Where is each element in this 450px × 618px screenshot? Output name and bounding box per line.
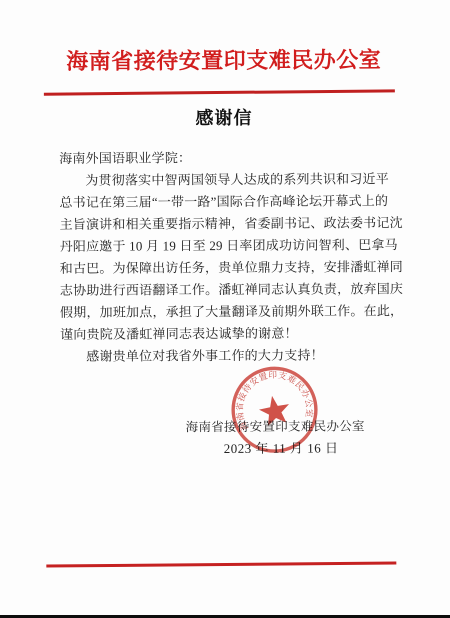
letterhead-org-name: 海南省接待安置印支难民办公室: [0, 43, 449, 76]
body-line-5: 和古巴。为保障出访任务，贵单位鼎力支持，安排潘虹禅同: [60, 256, 405, 280]
letter-title: 感谢信: [0, 103, 449, 131]
body-line-1: 为贯彻落实中智两国领导人达成的系列共识和习近平: [59, 168, 404, 192]
body-line-9: 感谢贵单位对我省外事工作的大力支持！: [60, 344, 405, 368]
signature-date: 2023 年 11 月 16 日: [224, 437, 339, 457]
letter-body: 海南外国语职业学院： 为贯彻落实中智两国领导人达成的系列共识和习近平 总书记在第…: [59, 146, 405, 368]
letter-content: 海南省接待安置印支难民办公室 感谢信 海南外国语职业学院： 为贯彻落实中智两国领…: [0, 0, 450, 618]
signature-org-name: 海南省接待安置印支难民办公室: [186, 416, 365, 435]
salutation-line: 海南外国语职业学院：: [59, 146, 404, 170]
scanned-letter-page: 海南省接待安置印支难民办公室 感谢信 海南外国语职业学院： 为贯彻落实中智两国领…: [0, 0, 450, 618]
footer-divider: [46, 561, 396, 567]
body-line-4: 丹阳应邀于 10 月 19 日至 29 日率团成功访问智利、巴拿马: [60, 234, 405, 258]
body-line-3: 主旨演讲和相关重要指示精神，省委副书记、政法委书记沈: [59, 212, 404, 236]
body-line-6: 志协助进行西语翻译工作。潘虹禅同志认真负责，放弃国庆: [60, 278, 405, 302]
letterhead-divider: [44, 89, 395, 95]
body-line-8: 谨向贵院及潘虹禅同志表达诚挚的谢意！: [60, 322, 405, 346]
body-line-7: 假期，加班加点，承担了大量翻译及前期外联工作。在此，: [60, 300, 405, 324]
body-line-2: 总书记在第三届“一带一路”国际合作高峰论坛开幕式上的: [59, 190, 404, 214]
